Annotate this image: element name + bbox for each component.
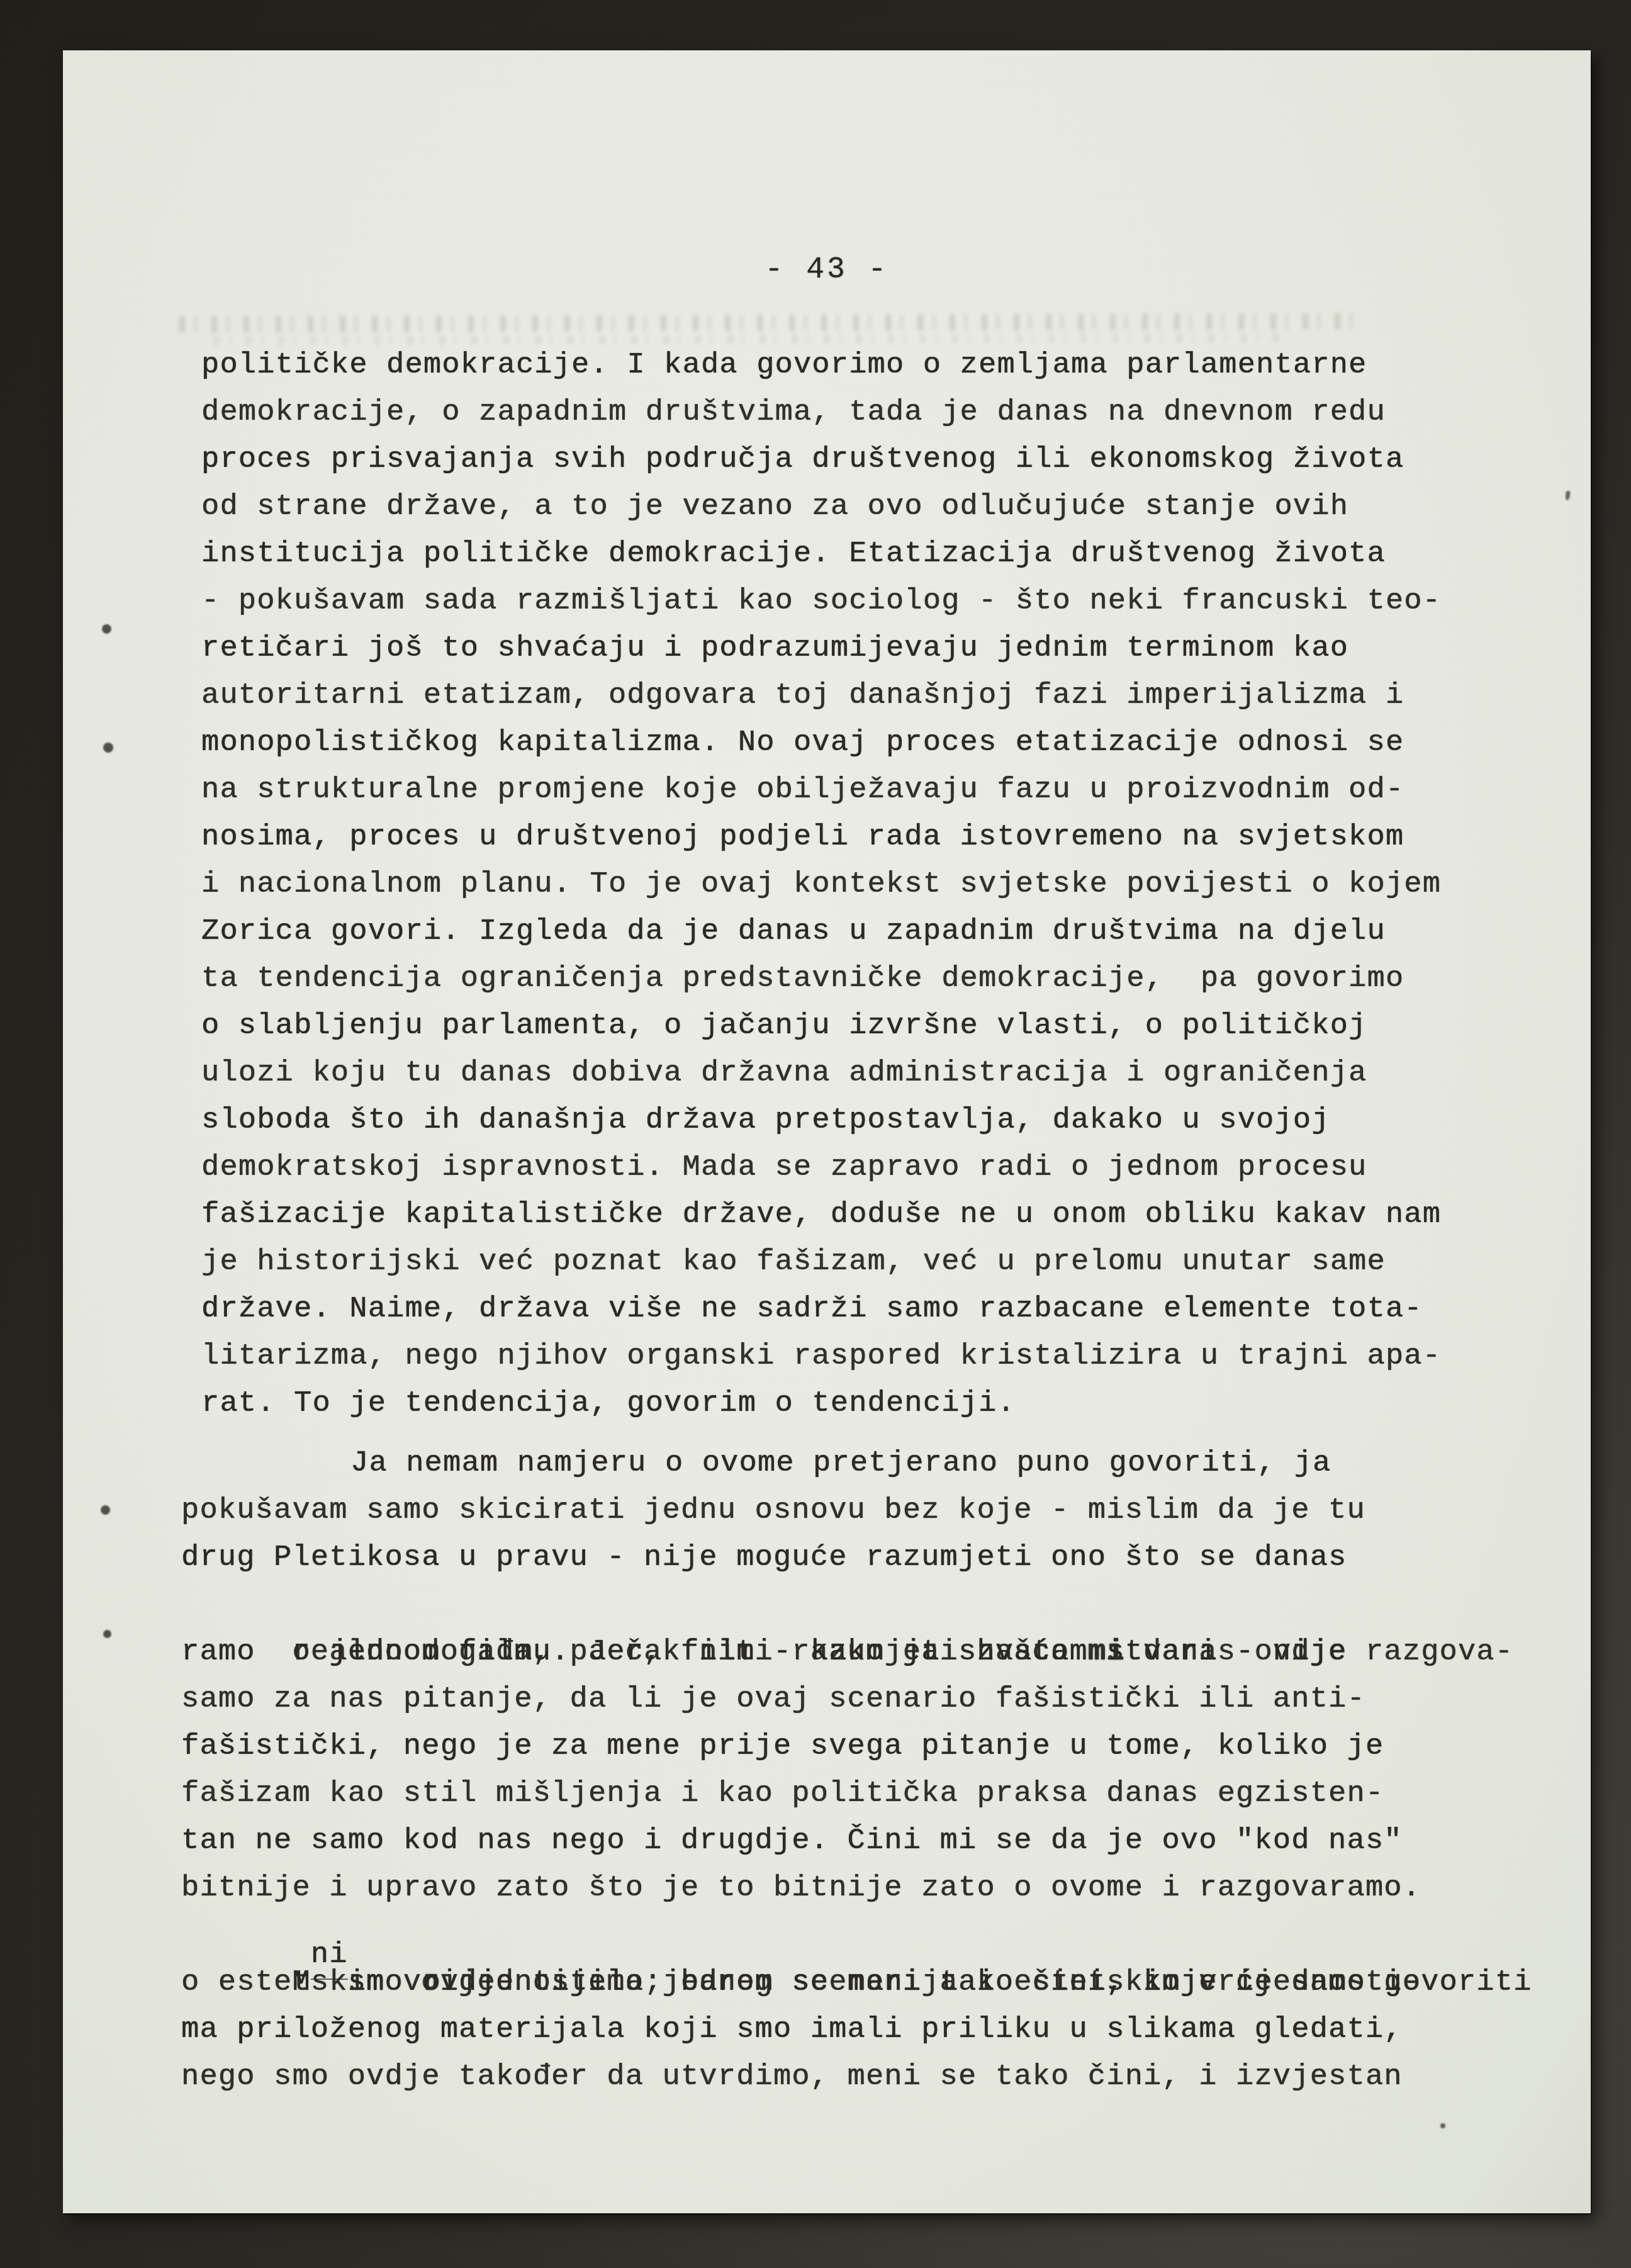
paragraph-1: političke demokracije. I kada govorimo o… (201, 342, 1441, 1427)
text-line: fašizacije kapitalističke države, doduše… (201, 1191, 1441, 1238)
text-segment: danas ovdje razgova- (1125, 1636, 1514, 1669)
text-line: realno događa, pa čak niti razumjeti zaš… (181, 1581, 1532, 1629)
text-line: drug Pletikosa u pravu - nije moguće raz… (181, 1534, 1532, 1581)
text-line: pokušavam samo skicirati jednu osnovu be… (181, 1487, 1532, 1534)
text-line: o slabljenju parlamenta, o jačanju izvrš… (201, 1002, 1441, 1050)
text-line: sloboda što ih današnja država pretposta… (201, 1097, 1441, 1144)
margin-ink-dot (102, 624, 111, 634)
text-line: političke demokracije. I kada govorimo o… (201, 342, 1441, 389)
text-line: od strane države, a to je vezano za ovo … (201, 483, 1441, 531)
text-line: Zorica govori. Izgleda da je danas u zap… (201, 908, 1441, 955)
text-line: tan ne samo kod nas nego i drugdje. Čini… (181, 1817, 1532, 1865)
scan-background: { "colors": { "background": "#2b2823", "… (0, 0, 1631, 2268)
text-line: autoritarni etatizam, odgovara toj današ… (201, 672, 1441, 719)
margin-ink-dot (103, 743, 113, 753)
paragraph-2: Ja nemam namjeru o ovome pretjerano puno… (181, 1440, 1532, 2101)
text-line: litarizma, nego njihov organski raspored… (201, 1333, 1441, 1380)
text-line: i nacionalnom planu. To je ovaj kontekst… (201, 861, 1441, 908)
text-line: države. Naime, država više ne sadrži sam… (201, 1286, 1441, 1333)
text-line: institucija političke demokracije. Etati… (201, 531, 1441, 578)
text-line: na strukturalne promjene koje obilježava… (201, 766, 1441, 814)
overstruck-word: mi (1088, 1636, 1125, 1669)
text-line: monopolističkog kapitalizma. No ovaj pro… (201, 719, 1441, 766)
text-line: nosima, proces u društvenoj podjeli rada… (201, 814, 1441, 861)
text-line: proces prisvajanja svih područja društve… (201, 436, 1441, 483)
text-line: fašistički, nego je za mene prije svega … (181, 1723, 1532, 1770)
text-line: demokratskoj ispravnosti. Mada se zaprav… (201, 1144, 1441, 1191)
text-line: ta tendencija ograničenja predstavničke … (201, 955, 1441, 1002)
text-line: ma priloženog materijala koji smo imali … (181, 2006, 1532, 2053)
faded-ink-smudge (179, 313, 1362, 333)
text-line: rat. To je tendencija, govorim o tendenc… (201, 1380, 1441, 1427)
text-line: je historijski već poznat kao fašizam, v… (201, 1238, 1441, 1286)
margin-ink-dot (101, 1505, 110, 1515)
text-line: Mnismo ovdje tijelo; barem se meni tako … (181, 1912, 1532, 1959)
stray-apostrophe-mark (1565, 491, 1571, 501)
text-line: ulozi koju tu danas dobiva državna admin… (201, 1050, 1441, 1097)
text-line: - pokušavam sada razmišljati kao sociolo… (201, 578, 1441, 625)
text-segment: realno događa, pa čak niti razumjeti zaš… (292, 1636, 1087, 1669)
text-line: retičari još to shvaćaju i podrazumijeva… (201, 625, 1441, 672)
text-line: demokracije, o zapadnim društvima, tada … (201, 389, 1441, 436)
margin-ink-dot (103, 1630, 111, 1638)
text-line: Ja nemam namjeru o ovome pretjerano puno… (181, 1440, 1532, 1487)
ink-speck (1440, 2123, 1445, 2128)
text-line: o estetskim vrijednostima jednog scenari… (181, 1959, 1532, 2006)
document-page: - 43 - političke demokracije. I kada gov… (63, 50, 1591, 2213)
text-line: bitnije i upravo zato što je to bitnije … (181, 1865, 1532, 1912)
text-line: nego smo ovdje također da utvrdimo, meni… (181, 2053, 1532, 2101)
text-line: fašizam kao stil mišljenja i kao politič… (181, 1770, 1532, 1817)
text-line: samo za nas pitanje, da li je ovaj scena… (181, 1676, 1532, 1723)
page-number: - 43 - (63, 253, 1591, 287)
